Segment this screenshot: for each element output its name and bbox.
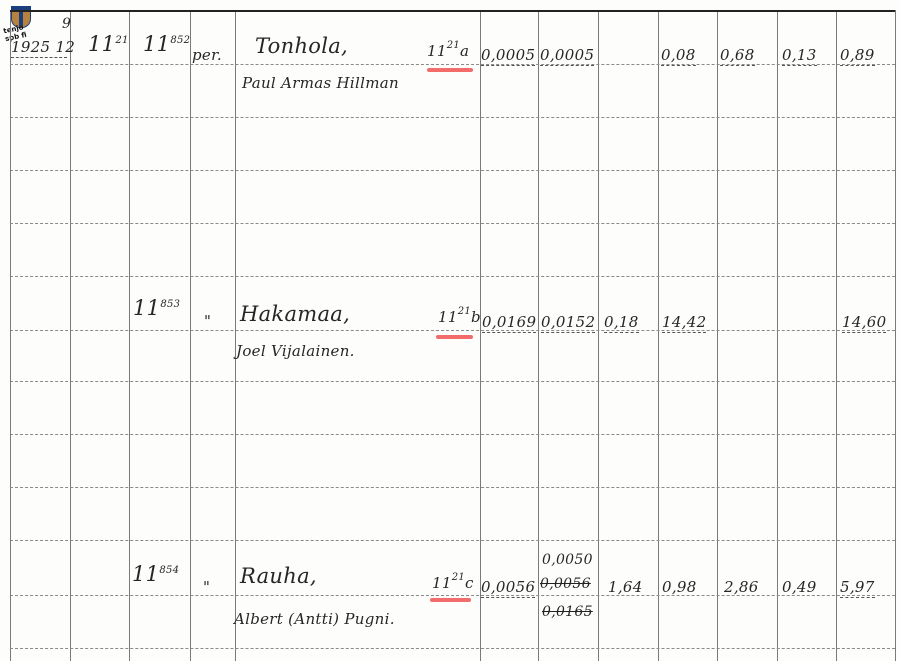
grid-column-line <box>190 10 191 661</box>
value-col5: 2,86 <box>724 578 759 596</box>
grid-column-line <box>598 10 599 661</box>
grid-row-line <box>10 648 895 649</box>
register-number: 1121 <box>88 32 129 56</box>
reference-highlight <box>430 598 471 602</box>
value-col2: 0,0050 <box>542 552 593 568</box>
estate-reference: 1121c <box>432 572 474 592</box>
entry-type: " <box>204 312 211 330</box>
grid-column-line <box>717 10 718 661</box>
estate-name: Tonhola, <box>255 34 348 58</box>
grid-column-line <box>129 10 130 661</box>
grid-column-line <box>658 10 659 661</box>
grid-column-line <box>235 10 236 661</box>
grid-row-line <box>10 117 895 118</box>
value-col4: 0,98 <box>662 578 697 596</box>
grid-column-line <box>10 10 11 661</box>
value-col2: 0,0152 <box>541 313 595 333</box>
reference-highlight <box>427 68 473 72</box>
estate-number: 11853 <box>133 296 180 320</box>
date-year-month: 1925 12 <box>11 38 67 58</box>
estate-number: 11854 <box>132 562 179 586</box>
grid-column-line <box>836 10 837 661</box>
grid-row-line <box>10 64 895 65</box>
owner-name: Joel Vijalainen. <box>236 342 355 360</box>
value-col7: 0,89 <box>840 46 875 66</box>
value-col1: 0,0056 <box>481 578 535 598</box>
grid-row-line <box>10 595 895 596</box>
value-col7: 5,97 <box>840 578 875 598</box>
value-col4: 14,42 <box>662 313 706 333</box>
date-day: 9 <box>62 16 71 32</box>
entry-type: per. <box>192 46 222 64</box>
grid-top-rule <box>10 10 895 12</box>
value-col1: 0,0169 <box>482 313 536 333</box>
reference-highlight <box>436 335 473 339</box>
value-col3: 0,18 <box>604 313 639 333</box>
archive-logo: tenjo spb fi <box>4 4 36 36</box>
grid-row-line <box>10 276 895 277</box>
value-col2-struck: 0,0165 <box>542 604 593 620</box>
grid-column-line <box>777 10 778 661</box>
estate-reference: 1121b <box>438 306 481 326</box>
estate-name: Rauha, <box>240 564 317 588</box>
estate-number: 11852 <box>143 32 190 56</box>
value-col2: 0,0005 <box>540 46 594 66</box>
grid-row-line <box>10 330 895 331</box>
value-col5: 0,68 <box>720 46 755 66</box>
grid-column-line <box>70 10 71 661</box>
estate-name: Hakamaa, <box>240 302 350 326</box>
value-col1: 0,0005 <box>481 46 535 66</box>
owner-name: Paul Armas Hillman <box>242 74 399 92</box>
owner-name: Albert (Antti) Pugni. <box>234 610 395 628</box>
grid-row-line <box>10 487 895 488</box>
value-col6: 0,13 <box>782 46 817 66</box>
grid-column-line <box>538 10 539 661</box>
value-col3: 1,64 <box>608 578 643 596</box>
grid-row-line <box>10 540 895 541</box>
value-col2-struck: 0,0056 <box>540 576 591 592</box>
value-col7: 14,60 <box>842 313 886 333</box>
entry-type: " <box>203 578 210 596</box>
grid-row-line <box>10 434 895 435</box>
grid-row-line <box>10 381 895 382</box>
grid-row-line <box>10 170 895 171</box>
estate-reference: 1121a <box>427 40 469 60</box>
value-col4: 0,08 <box>661 46 696 66</box>
grid-column-line <box>895 10 896 661</box>
ledger-page: tenjo spb fi 9 1925 12 1121 11852 per. T… <box>0 0 900 661</box>
value-col6: 0,49 <box>782 578 817 596</box>
grid-row-line <box>10 223 895 224</box>
grid-column-line <box>480 10 481 661</box>
